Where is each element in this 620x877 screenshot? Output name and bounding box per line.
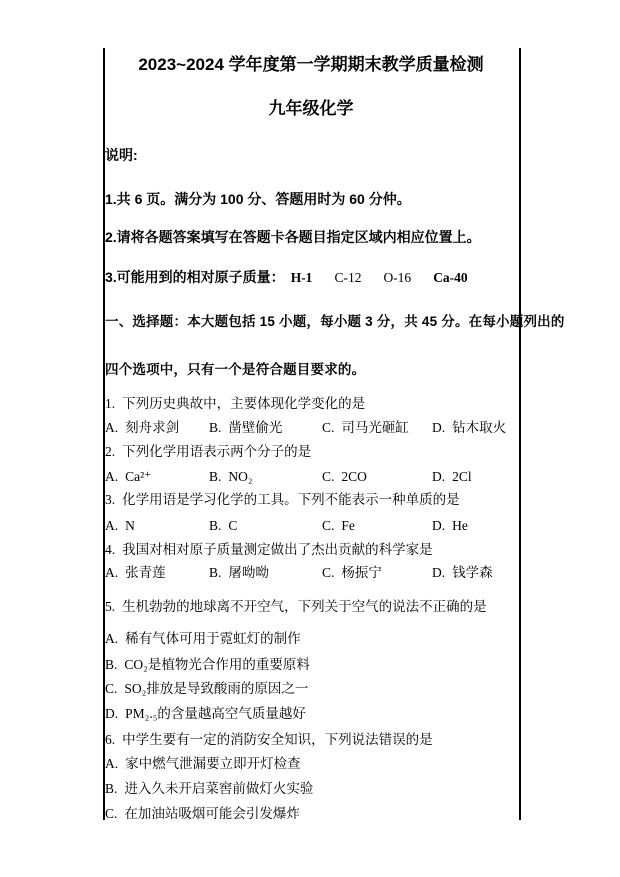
question-1-option-a: A.刻舟求剑	[105, 418, 209, 437]
question-2-option-c: C.2CO	[322, 467, 432, 486]
exam-page: 2023~2024 学年度第一学期期末教学质量检测 九年级化学 说明: 1.共 …	[0, 0, 620, 877]
question-4-option-d: D.钱学森	[432, 563, 517, 582]
question-3-option-b: B.C	[209, 516, 322, 535]
question-3-stem: 3.化学用语是学习化学的工具。下列不能表示一种单质的是	[105, 490, 517, 509]
atomic-mass-ca: Ca-40	[433, 270, 468, 285]
section-header-line-1: 一、选择题：本大题包括 15 小题，每小题 3 分，共 45 分。在每小题列出的	[105, 312, 517, 331]
question-5-option-c: C.SO₂排放是导致酸雨的原因之一	[105, 679, 517, 698]
question-4-number: 4.	[105, 542, 115, 557]
atomic-mass-h: H-1	[291, 270, 313, 285]
page-right-border-line	[519, 48, 521, 820]
instruction-3: 3.可能用到的相对原子质量：H-1C-12O-16Ca-40	[105, 268, 517, 287]
question-3-text: 化学用语是学习化学的工具。下列不能表示一种单质的是	[122, 492, 460, 507]
question-4-stem: 4.我国对相对原子质量测定做出了杰出贡献的科学家是	[105, 540, 517, 559]
question-5-option-b: B.CO₂是植物光合作用的重要原料	[105, 655, 517, 674]
question-5-text: 生机勃勃的地球离不开空气，下列关于空气的说法不正确的是	[122, 599, 487, 614]
atomic-mass-o: O-16	[383, 270, 411, 285]
question-5-stem: 5.生机勃勃的地球离不开空气，下列关于空气的说法不正确的是	[105, 597, 517, 616]
question-3-options: A.N B.C C.Fe D.He	[105, 516, 517, 535]
question-2-stem: 2.下列化学用语表示两个分子的是	[105, 442, 517, 461]
question-1-option-b: B.凿壁偷光	[209, 418, 322, 437]
question-6-text: 中学生要有一定的消防安全知识，下列说法错误的是	[122, 732, 433, 747]
notice-label: 说明:	[105, 146, 517, 165]
exam-content: 2023~2024 学年度第一学期期末教学质量检测 九年级化学 说明: 1.共 …	[105, 48, 517, 838]
question-1-text: 下列历史典故中，主要体现化学变化的是	[122, 396, 365, 411]
question-1-option-d: D.钻木取火	[432, 418, 517, 437]
instruction-3-label: 3.可能用到的相对原子质量：	[105, 269, 285, 285]
atomic-mass-c: C-12	[334, 270, 361, 285]
question-1-stem: 1.下列历史典故中，主要体现化学变化的是	[105, 394, 517, 413]
question-5-option-d: D.PM₂.₅的含量越高空气质量越好	[105, 704, 517, 723]
instruction-1: 1.共 6 页。满分为 100 分、答题用时为 60 分仲。	[105, 190, 517, 209]
question-1-options: A.刻舟求剑 B.凿壁偷光 C.司马光砸缸 D.钻木取火	[105, 418, 517, 437]
instruction-2: 2.请将各题答案填写在答题卡各题目指定区域内相应位置上。	[105, 228, 517, 247]
question-2-option-a: A.Ca²⁺	[105, 467, 209, 486]
question-4-option-b: B.屠呦呦	[209, 563, 322, 582]
question-2-options: A.Ca²⁺ B.NO₂ C.2CO D.2Cl	[105, 467, 517, 486]
section-header-line-2: 四个选项中，只有一个是符合题目要求的。	[105, 360, 517, 379]
question-6-stem: 6.中学生要有一定的消防安全知识，下列说法错误的是	[105, 730, 517, 749]
exam-title: 2023~2024 学年度第一学期期末教学质量检测	[105, 54, 517, 76]
exam-subject: 九年级化学	[105, 98, 517, 120]
question-3-option-a: A.N	[105, 516, 209, 535]
question-2-option-d: D.2Cl	[432, 467, 517, 486]
question-3-number: 3.	[105, 492, 115, 507]
question-6-number: 6.	[105, 732, 115, 747]
question-3-option-d: D.He	[432, 516, 517, 535]
question-6-option-c: C.在加油站吸烟可能会引发爆炸	[105, 804, 517, 823]
question-1-number: 1.	[105, 396, 115, 411]
question-6-option-b: B.进入久未开启菜窖前做灯火实验	[105, 779, 517, 798]
question-1-option-c: C.司马光砸缸	[322, 418, 432, 437]
question-6-option-a: A.家中燃气泄漏要立即开灯检查	[105, 754, 517, 773]
question-2-option-b: B.NO₂	[209, 467, 322, 486]
question-5-number: 5.	[105, 599, 115, 614]
question-4-option-a: A.张青莲	[105, 563, 209, 582]
question-4-option-c: C.杨振宁	[322, 563, 432, 582]
question-2-number: 2.	[105, 444, 115, 459]
question-4-text: 我国对相对原子质量测定做出了杰出贡献的科学家是	[122, 542, 433, 557]
question-4-options: A.张青莲 B.屠呦呦 C.杨振宁 D.钱学森	[105, 563, 517, 582]
question-3-option-c: C.Fe	[322, 516, 432, 535]
question-2-text: 下列化学用语表示两个分子的是	[122, 444, 311, 459]
question-5-option-a: A.稀有气体可用于霓虹灯的制作	[105, 629, 517, 648]
